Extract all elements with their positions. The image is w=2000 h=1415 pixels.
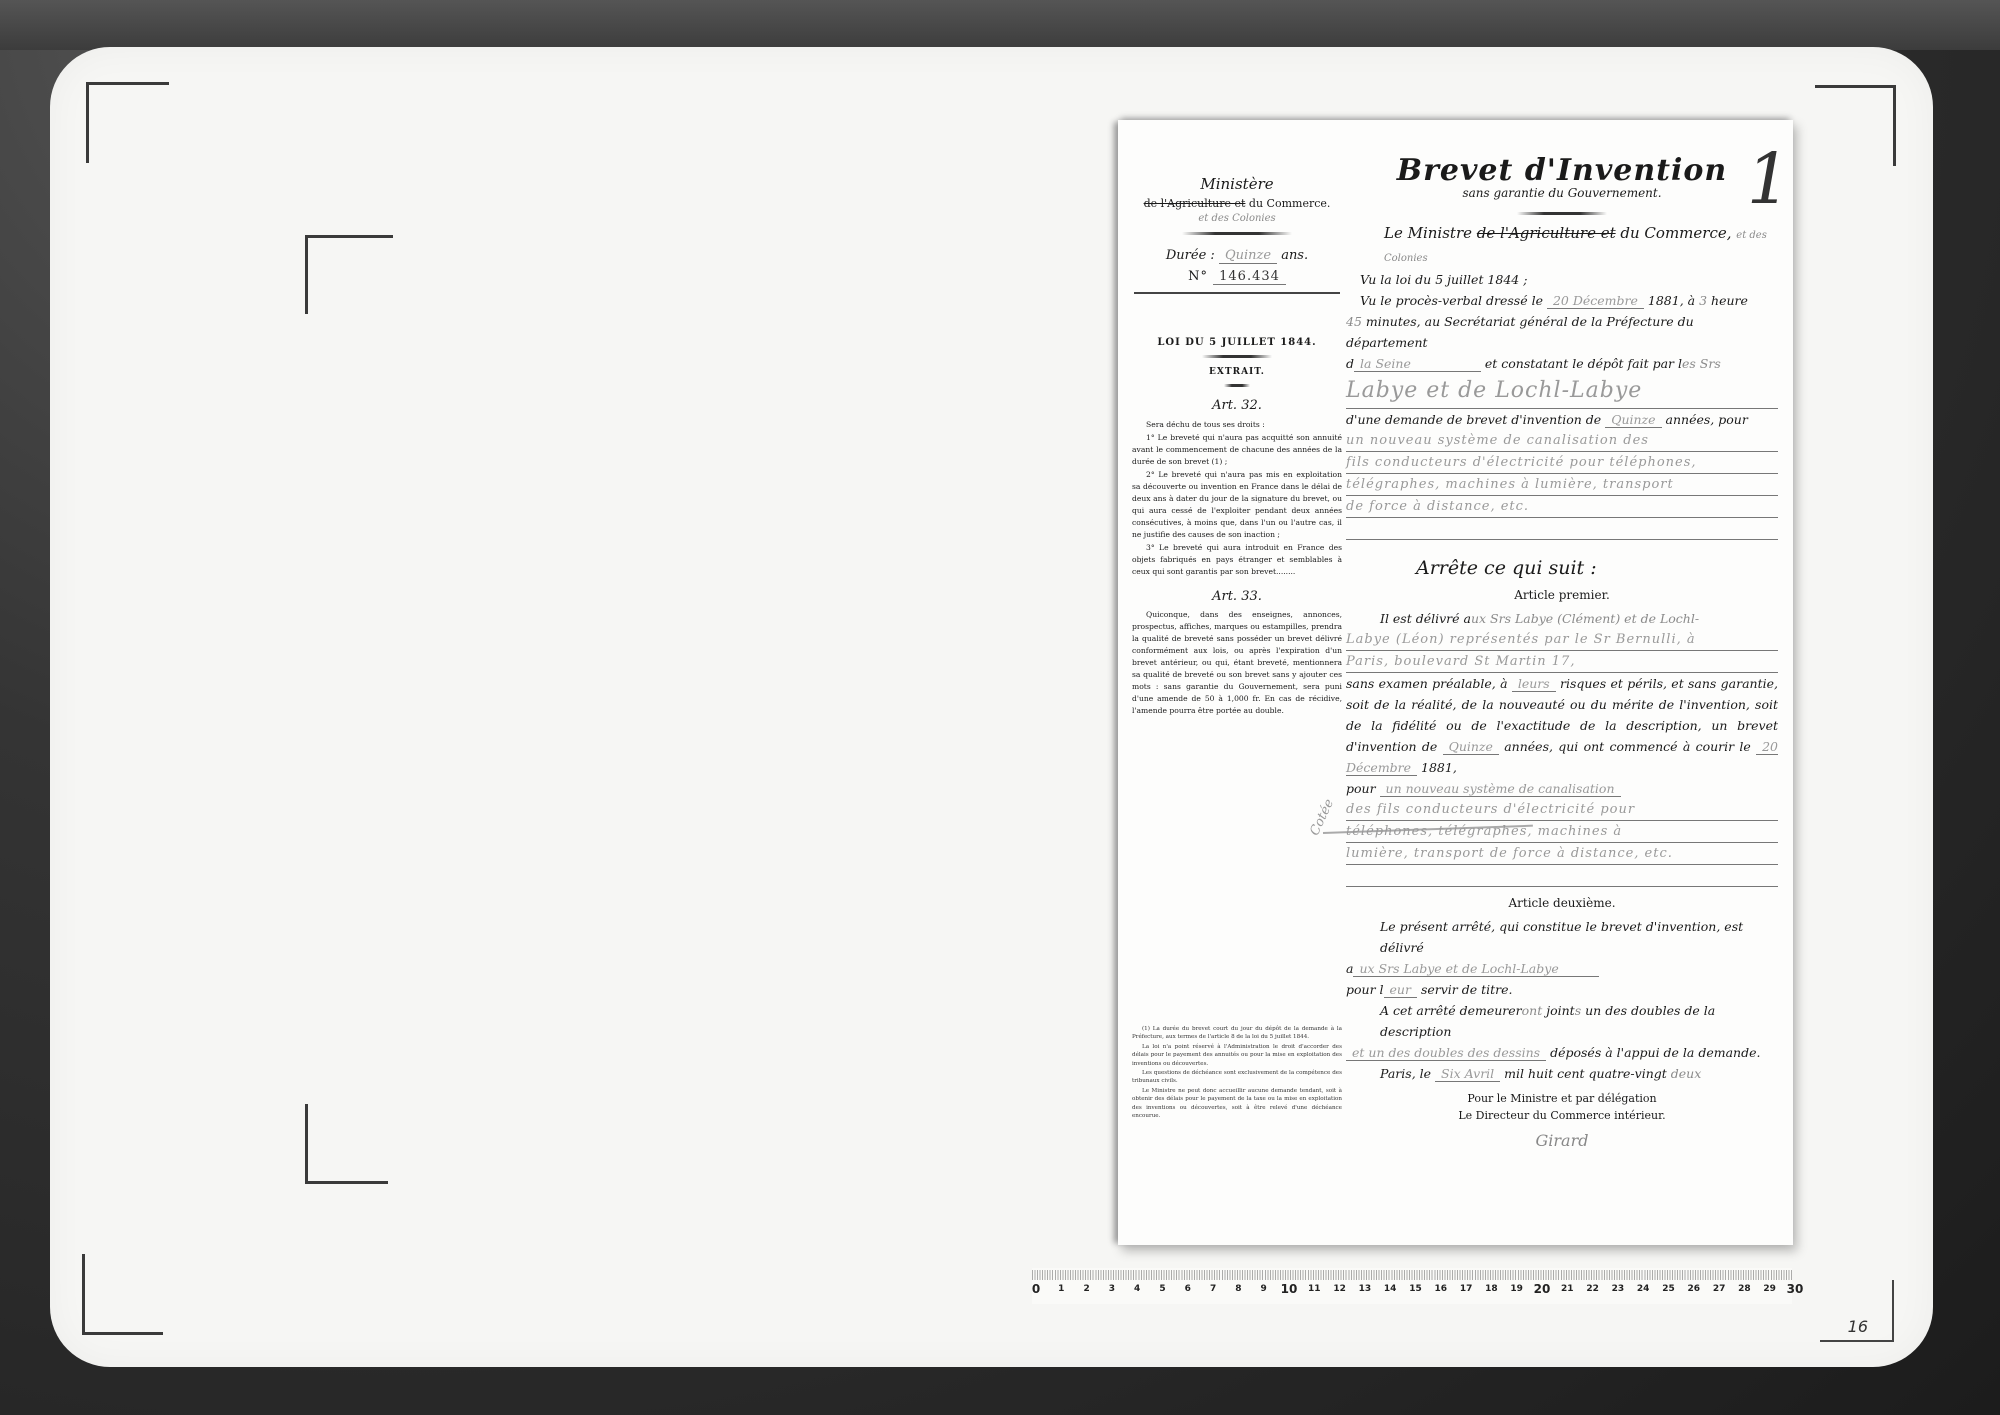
ruler-label: 20: [1534, 1282, 1551, 1296]
duration-label: Durée :: [1166, 248, 1215, 263]
ruler-label: 0: [1032, 1282, 1040, 1296]
minister-struck: de l'Agriculture et: [1477, 224, 1616, 242]
article-1-leurs: leurs: [1512, 676, 1556, 692]
duration-field: Durée : Quinze ans.: [1128, 247, 1346, 265]
paris-year-hand: deux: [1671, 1066, 1702, 1081]
folio-corner-mark: 16: [1820, 1280, 1894, 1342]
pv-date: 20 Décembre: [1547, 293, 1644, 309]
paris-date: Six Avril: [1435, 1066, 1500, 1082]
document-main-text: Brevet d'Invention sans garantie du Gouv…: [1346, 160, 1778, 1151]
demeure-line: A cet arrêté demeureront joints un des d…: [1346, 1000, 1778, 1042]
invention-description-line: télégraphes, machines à lumière, transpo…: [1346, 474, 1778, 496]
folio-number: 16: [1848, 1317, 1868, 1336]
ruler-label: 3: [1109, 1284, 1115, 1294]
ruler-label: 30: [1787, 1282, 1804, 1296]
signature-line-2: Le Directeur du Commerce intérieur.: [1346, 1107, 1778, 1124]
duration-unit: ans.: [1281, 248, 1308, 263]
footnote: (1) La durée du brevet court du jour du …: [1132, 1025, 1342, 1042]
ruler-label: 5: [1159, 1284, 1165, 1294]
ruler-label: 8: [1235, 1284, 1241, 1294]
paris-prefix: Paris, le: [1380, 1066, 1431, 1081]
document-sidebar: Ministère de l'Agriculture et du Commerc…: [1128, 170, 1346, 718]
article-2-heading: Article deuxième.: [1346, 893, 1778, 914]
ruler-label: 12: [1333, 1284, 1346, 1294]
ministry-handwritten-note: et des Colonies: [1128, 212, 1346, 226]
ministry-subtitle: de l'Agriculture et du Commerce.: [1128, 197, 1346, 212]
patent-number-label: N°: [1188, 269, 1208, 284]
department-line: dla Seine et constatant le dépôt fait pa…: [1346, 353, 1778, 374]
paris-year: mil huit cent quatre-vingt: [1504, 1066, 1667, 1081]
ministry-struck-text: de l'Agriculture et: [1144, 197, 1246, 210]
measuring-ruler: 0123456789101112131415161718192021222324…: [1032, 1268, 1792, 1304]
paris-date-line: Paris, le Six Avril mil huit cent quatre…: [1346, 1063, 1778, 1084]
article-1-heading: Article premier.: [1346, 585, 1778, 606]
scan-top-band: [0, 0, 2000, 50]
ruler-label: 6: [1185, 1284, 1191, 1294]
ruler-label: 18: [1485, 1284, 1498, 1294]
article-2-recipient: ux Srs Labye et de Lochl-Labye: [1353, 961, 1598, 977]
article-1-prefix: Il est délivré a: [1380, 611, 1471, 626]
ruler-labels: 0123456789101112131415161718192021222324…: [1032, 1284, 1792, 1300]
invention-description-line: de force à distance, etc.: [1346, 496, 1778, 518]
invention-description-line: fils conducteurs d'électricité pour télé…: [1346, 452, 1778, 474]
article-1-pour: pour: [1346, 781, 1376, 796]
ruler-label: 29: [1763, 1284, 1776, 1294]
ruler-label: 23: [1612, 1284, 1625, 1294]
ruler-label: 10: [1281, 1282, 1298, 1296]
vu-proces-verbal: Vu le procès-verbal dressé le 20 Décembr…: [1346, 290, 1778, 311]
short-divider: [1224, 384, 1250, 387]
ruler-label: 15: [1409, 1284, 1422, 1294]
article-1-grant-line: Il est délivré aux Srs Labye (Clément) e…: [1346, 608, 1778, 629]
ruler-label: 26: [1688, 1284, 1701, 1294]
document-title: Brevet d'Invention: [1346, 160, 1778, 181]
ruler-label: 2: [1083, 1284, 1089, 1294]
patent-document: Ministère de l'Agriculture et du Commerc…: [1118, 120, 1793, 1245]
demande-duration: Quinze: [1605, 412, 1661, 428]
demeure-hand: ont: [1522, 1003, 1543, 1018]
signature: Girard: [1346, 1130, 1778, 1151]
law-title: LOI DU 5 JUILLET 1844.: [1128, 336, 1346, 350]
article-2-pour: pour l: [1346, 982, 1384, 997]
ruler-label: 7: [1210, 1284, 1216, 1294]
pv-minutes: 45: [1346, 314, 1362, 329]
ruler-label: 17: [1460, 1284, 1473, 1294]
signature-block: Pour le Ministre et par délégation Le Di…: [1346, 1090, 1778, 1124]
article-33-heading: Art. 33.: [1128, 588, 1346, 606]
ruler-label: 24: [1637, 1284, 1650, 1294]
patent-number-value: 146.434: [1213, 269, 1286, 285]
demeure-hand3: et un des doubles des dessins: [1346, 1045, 1546, 1061]
ruler-label: 22: [1586, 1284, 1599, 1294]
vu-loi: Vu la loi du 5 juillet 1844 ;: [1346, 269, 1778, 290]
minister-rest: du Commerce,: [1620, 224, 1731, 242]
article-32-intro: Sera déchu de tous ses droits :: [1132, 419, 1342, 431]
patent-number-field: N° 146.434: [1128, 268, 1346, 286]
ornament-divider: [1202, 355, 1272, 358]
pv-prefix: Vu le procès-verbal dressé le: [1360, 293, 1543, 308]
minister-line: Le Ministre de l'Agriculture et du Comme…: [1346, 223, 1778, 269]
article-2-text: Le présent arrêté, qui constitue le brev…: [1346, 916, 1778, 958]
ministry-title: Ministère: [1128, 174, 1346, 194]
corner-mark-inner-bottom-left: [305, 1104, 388, 1184]
pv-rest: minutes, au Secrétariat général de la Pr…: [1346, 314, 1694, 350]
article-1-invention-line: téléphones, télégraphes, machines à: [1346, 821, 1778, 843]
article-32-heading: Art. 32.: [1128, 397, 1346, 415]
demande-prefix: d'une demande de brevet d'invention de: [1346, 412, 1601, 427]
ruler-label: 21: [1561, 1284, 1574, 1294]
article-32-item: 1° Le breveté qui n'aura pas acquitté so…: [1132, 432, 1342, 468]
corner-mark-outer-bottom-left: [82, 1254, 163, 1335]
ruler-label: 13: [1359, 1284, 1372, 1294]
article-2-titre-line: pour leur servir de titre.: [1346, 979, 1778, 1000]
sidebar-rule: [1134, 292, 1340, 294]
ruler-label: 9: [1261, 1284, 1267, 1294]
article-33-body: Quiconque, dans des enseignes, annonces,…: [1128, 609, 1346, 717]
depot-text: et constatant le dépôt fait par l: [1485, 356, 1682, 371]
article-32-body: Sera déchu de tous ses droits : 1° Le br…: [1128, 419, 1346, 578]
footnote: Le Ministre ne peut donc accueillir aucu…: [1132, 1087, 1342, 1121]
ruler-ticks: [1032, 1270, 1792, 1280]
corner-mark-outer-top-left: [86, 82, 169, 163]
ruler-label: 4: [1134, 1284, 1140, 1294]
article-1-invention-line: des fils conducteurs d'électricité pour: [1346, 799, 1778, 821]
ornament-divider: [1517, 212, 1607, 215]
ruler-label: 1: [1058, 1284, 1064, 1294]
demeure-prefix: A cet arrêté demeurer: [1380, 1003, 1522, 1018]
article-2-leur: eur: [1384, 982, 1417, 998]
demande-suffix: années, pour: [1666, 412, 1748, 427]
article-33-text: Quiconque, dans des enseignes, annonces,…: [1132, 609, 1342, 717]
article-1-grantee-line: Paris, boulevard St Martin 17,: [1346, 651, 1778, 673]
extract-heading: EXTRAIT.: [1128, 366, 1346, 378]
pv-heure: heure: [1711, 293, 1748, 308]
article-1-text-a: sans examen préalable, à: [1346, 676, 1508, 691]
signature-line-1: Pour le Ministre et par délégation: [1346, 1090, 1778, 1107]
dept-value: la Seine: [1354, 356, 1481, 372]
article-2-titre: servir de titre.: [1421, 982, 1513, 997]
depositors-name: Labye et de Lochl-Labye: [1346, 374, 1778, 409]
ruler-label: 27: [1713, 1284, 1726, 1294]
sidebar-footnotes: (1) La durée du brevet court du jour du …: [1132, 1025, 1342, 1121]
demeure-joint: joint: [1546, 1003, 1574, 1018]
ruler-label: 19: [1510, 1284, 1523, 1294]
article-1-duration: Quinze: [1443, 739, 1499, 755]
blank-rule: [1346, 865, 1778, 887]
article-2-recipient-line: aux Srs Labye et de Lochl-Labye: [1346, 958, 1778, 979]
article-1-text-c: années, qui ont commencé à courir le: [1504, 739, 1751, 754]
ministry-rest-text: du Commerce.: [1249, 197, 1330, 210]
corner-mark-inner-top-left: [305, 235, 393, 314]
article-1-invention-line: lumière, transport de force à distance, …: [1346, 843, 1778, 865]
article-1-grantee: ux Srs Labye (Clément) et de Lochl-: [1471, 611, 1699, 626]
invention-description-line: un nouveau système de canalisation des: [1346, 430, 1778, 452]
article-32-item: 3° Le breveté qui aura introduit en Fran…: [1132, 542, 1342, 578]
article-1-invention-line: un nouveau système de canalisation: [1380, 781, 1621, 797]
article-1-pour-line: pour un nouveau système de canalisation: [1346, 778, 1778, 799]
ruler-label: 16: [1435, 1284, 1448, 1294]
ruler-label: 11: [1308, 1284, 1321, 1294]
ruler-label: 25: [1662, 1284, 1675, 1294]
pv-year: 1881, à: [1648, 293, 1695, 308]
ruler-label: 14: [1384, 1284, 1397, 1294]
ornament-divider: [1182, 232, 1292, 235]
footnote: La loi n'a point réservé à l'Administrat…: [1132, 1043, 1342, 1068]
footnote: Les questions de déchéance sont exclusiv…: [1132, 1069, 1342, 1086]
article-32-item: 2° Le breveté qui n'aura pas mis en expl…: [1132, 469, 1342, 541]
demeure-hand2: s: [1575, 1003, 1581, 1018]
article-1-grantee-line: Labye (Léon) représentés par le Sr Bernu…: [1346, 629, 1778, 651]
arrete-heading: Arrête ce qui suit :: [1416, 558, 1778, 579]
article-1-year: 1881,: [1421, 760, 1457, 775]
pv-hour: 3: [1699, 293, 1707, 308]
article-1-body: sans examen préalable, à leurs risques e…: [1346, 673, 1778, 778]
depot-by: es Srs: [1682, 356, 1721, 371]
demeure-second-line: et un des doubles des dessins déposés à …: [1346, 1042, 1778, 1063]
demande-line: d'une demande de brevet d'invention de Q…: [1346, 409, 1778, 430]
dept-prefix: d: [1346, 356, 1354, 371]
demeure-suffix: déposés à l'appui de la demande.: [1550, 1045, 1760, 1060]
blank-rule: [1346, 518, 1778, 540]
pv-minutes-line: 45 minutes, au Secrétariat général de la…: [1346, 311, 1778, 353]
duration-value: Quinze: [1219, 248, 1277, 264]
corner-mark-outer-top-right: [1815, 85, 1896, 166]
minister-prefix: Le Ministre: [1384, 224, 1472, 242]
ruler-label: 28: [1738, 1284, 1751, 1294]
